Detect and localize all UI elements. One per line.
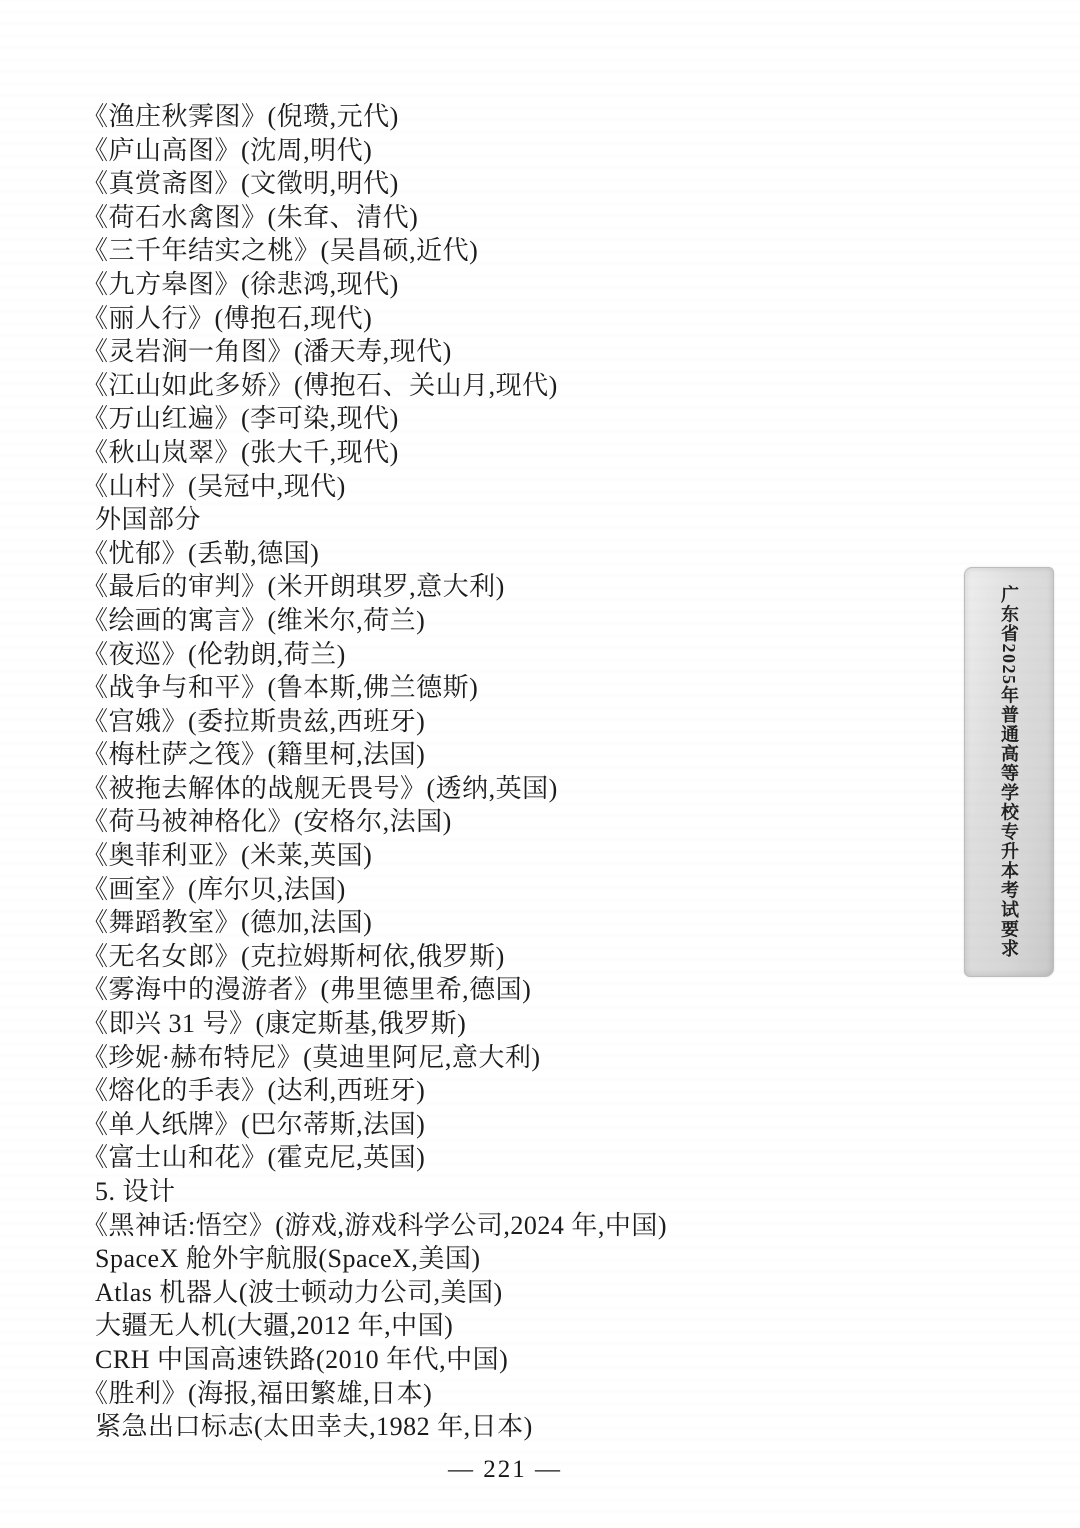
text-line: 5. 设计 [88, 1175, 948, 1209]
text-line: 《即兴 31 号》(康定斯基,俄罗斯) [82, 1007, 948, 1041]
text-line: 《灵岩涧一角图》(潘天寿,现代) [82, 335, 948, 369]
text-line: 《最后的审判》(米开朗琪罗,意大利) [82, 570, 948, 604]
text-line: 《荷马被神格化》(安格尔,法国) [82, 805, 948, 839]
text-line: 《庐山高图》(沈周,明代) [82, 134, 948, 168]
text-line: 《黑神话:悟空》(游戏,游戏科学公司,2024 年,中国) [82, 1209, 948, 1243]
text-line: 《三千年结实之桃》(吴昌硕,近代) [82, 234, 948, 268]
text-line: 《秋山岚翠》(张大千,现代) [82, 436, 948, 470]
side-tab-label: 广东省2025年普通高等学校专升本考试要求 [996, 585, 1022, 959]
text-line: 紧急出口标志(太田幸夫,1982 年,日本) [88, 1410, 948, 1444]
text-line: 《单人纸牌》(巴尔蒂斯,法国) [82, 1108, 948, 1142]
text-line: 《梅杜萨之筏》(籍里柯,法国) [82, 738, 948, 772]
text-line: 《山村》(吴冠中,现代) [82, 470, 948, 504]
text-line: SpaceX 舱外宇航服(SpaceX,美国) [88, 1242, 948, 1276]
text-line: 《宫娥》(委拉斯贵兹,西班牙) [82, 705, 948, 739]
text-line: CRH 中国高速铁路(2010 年代,中国) [88, 1343, 948, 1377]
text-line: 《被拖去解体的战舰无畏号》(透纳,英国) [82, 772, 948, 806]
text-line: 《奥菲利亚》(米莱,英国) [82, 839, 948, 873]
text-line: 《富士山和花》(霍克尼,英国) [82, 1141, 948, 1175]
side-tab: 广东省2025年普通高等学校专升本考试要求 [964, 567, 1054, 977]
text-line: 《丽人行》(傅抱石,现代) [82, 302, 948, 336]
text-line: 《熔化的手表》(达利,西班牙) [82, 1074, 948, 1108]
text-line: 《渔庄秋霁图》(倪瓒,元代) [82, 100, 948, 134]
text-line: 《雾海中的漫游者》(弗里德里希,德国) [82, 973, 948, 1007]
text-line: 《无名女郎》(克拉姆斯柯依,俄罗斯) [82, 940, 948, 974]
text-line: 《绘画的寓言》(维米尔,荷兰) [82, 604, 948, 638]
page-number: — 221 — [0, 1456, 1010, 1484]
text-line: 《江山如此多娇》(傅抱石、关山月,现代) [82, 369, 948, 403]
text-line: Atlas 机器人(波士顿动力公司,美国) [88, 1276, 948, 1310]
text-line: 大疆无人机(大疆,2012 年,中国) [88, 1309, 948, 1343]
text-line: 外国部分 [88, 503, 948, 537]
text-line: 《画室》(库尔贝,法国) [82, 873, 948, 907]
text-line: 《珍妮·赫布特尼》(莫迪里阿尼,意大利) [82, 1041, 948, 1075]
text-line: 《舞蹈教室》(德加,法国) [82, 906, 948, 940]
text-line: 《真赏斋图》(文徵明,明代) [82, 167, 948, 201]
document-page: 《渔庄秋霁图》(倪瓒,元代)《庐山高图》(沈周,明代)《真赏斋图》(文徵明,明代… [0, 0, 1080, 1528]
text-line: 《夜巡》(伦勃朗,荷兰) [82, 638, 948, 672]
text-block: 《渔庄秋霁图》(倪瓒,元代)《庐山高图》(沈周,明代)《真赏斋图》(文徵明,明代… [88, 100, 948, 1444]
text-line: 《忧郁》(丢勒,德国) [82, 537, 948, 571]
text-line: 《九方皋图》(徐悲鸿,现代) [82, 268, 948, 302]
text-line: 《胜利》(海报,福田繁雄,日本) [82, 1377, 948, 1411]
text-line: 《万山红遍》(李可染,现代) [82, 402, 948, 436]
text-line: 《荷石水禽图》(朱耷、清代) [82, 201, 948, 235]
text-line: 《战争与和平》(鲁本斯,佛兰德斯) [82, 671, 948, 705]
